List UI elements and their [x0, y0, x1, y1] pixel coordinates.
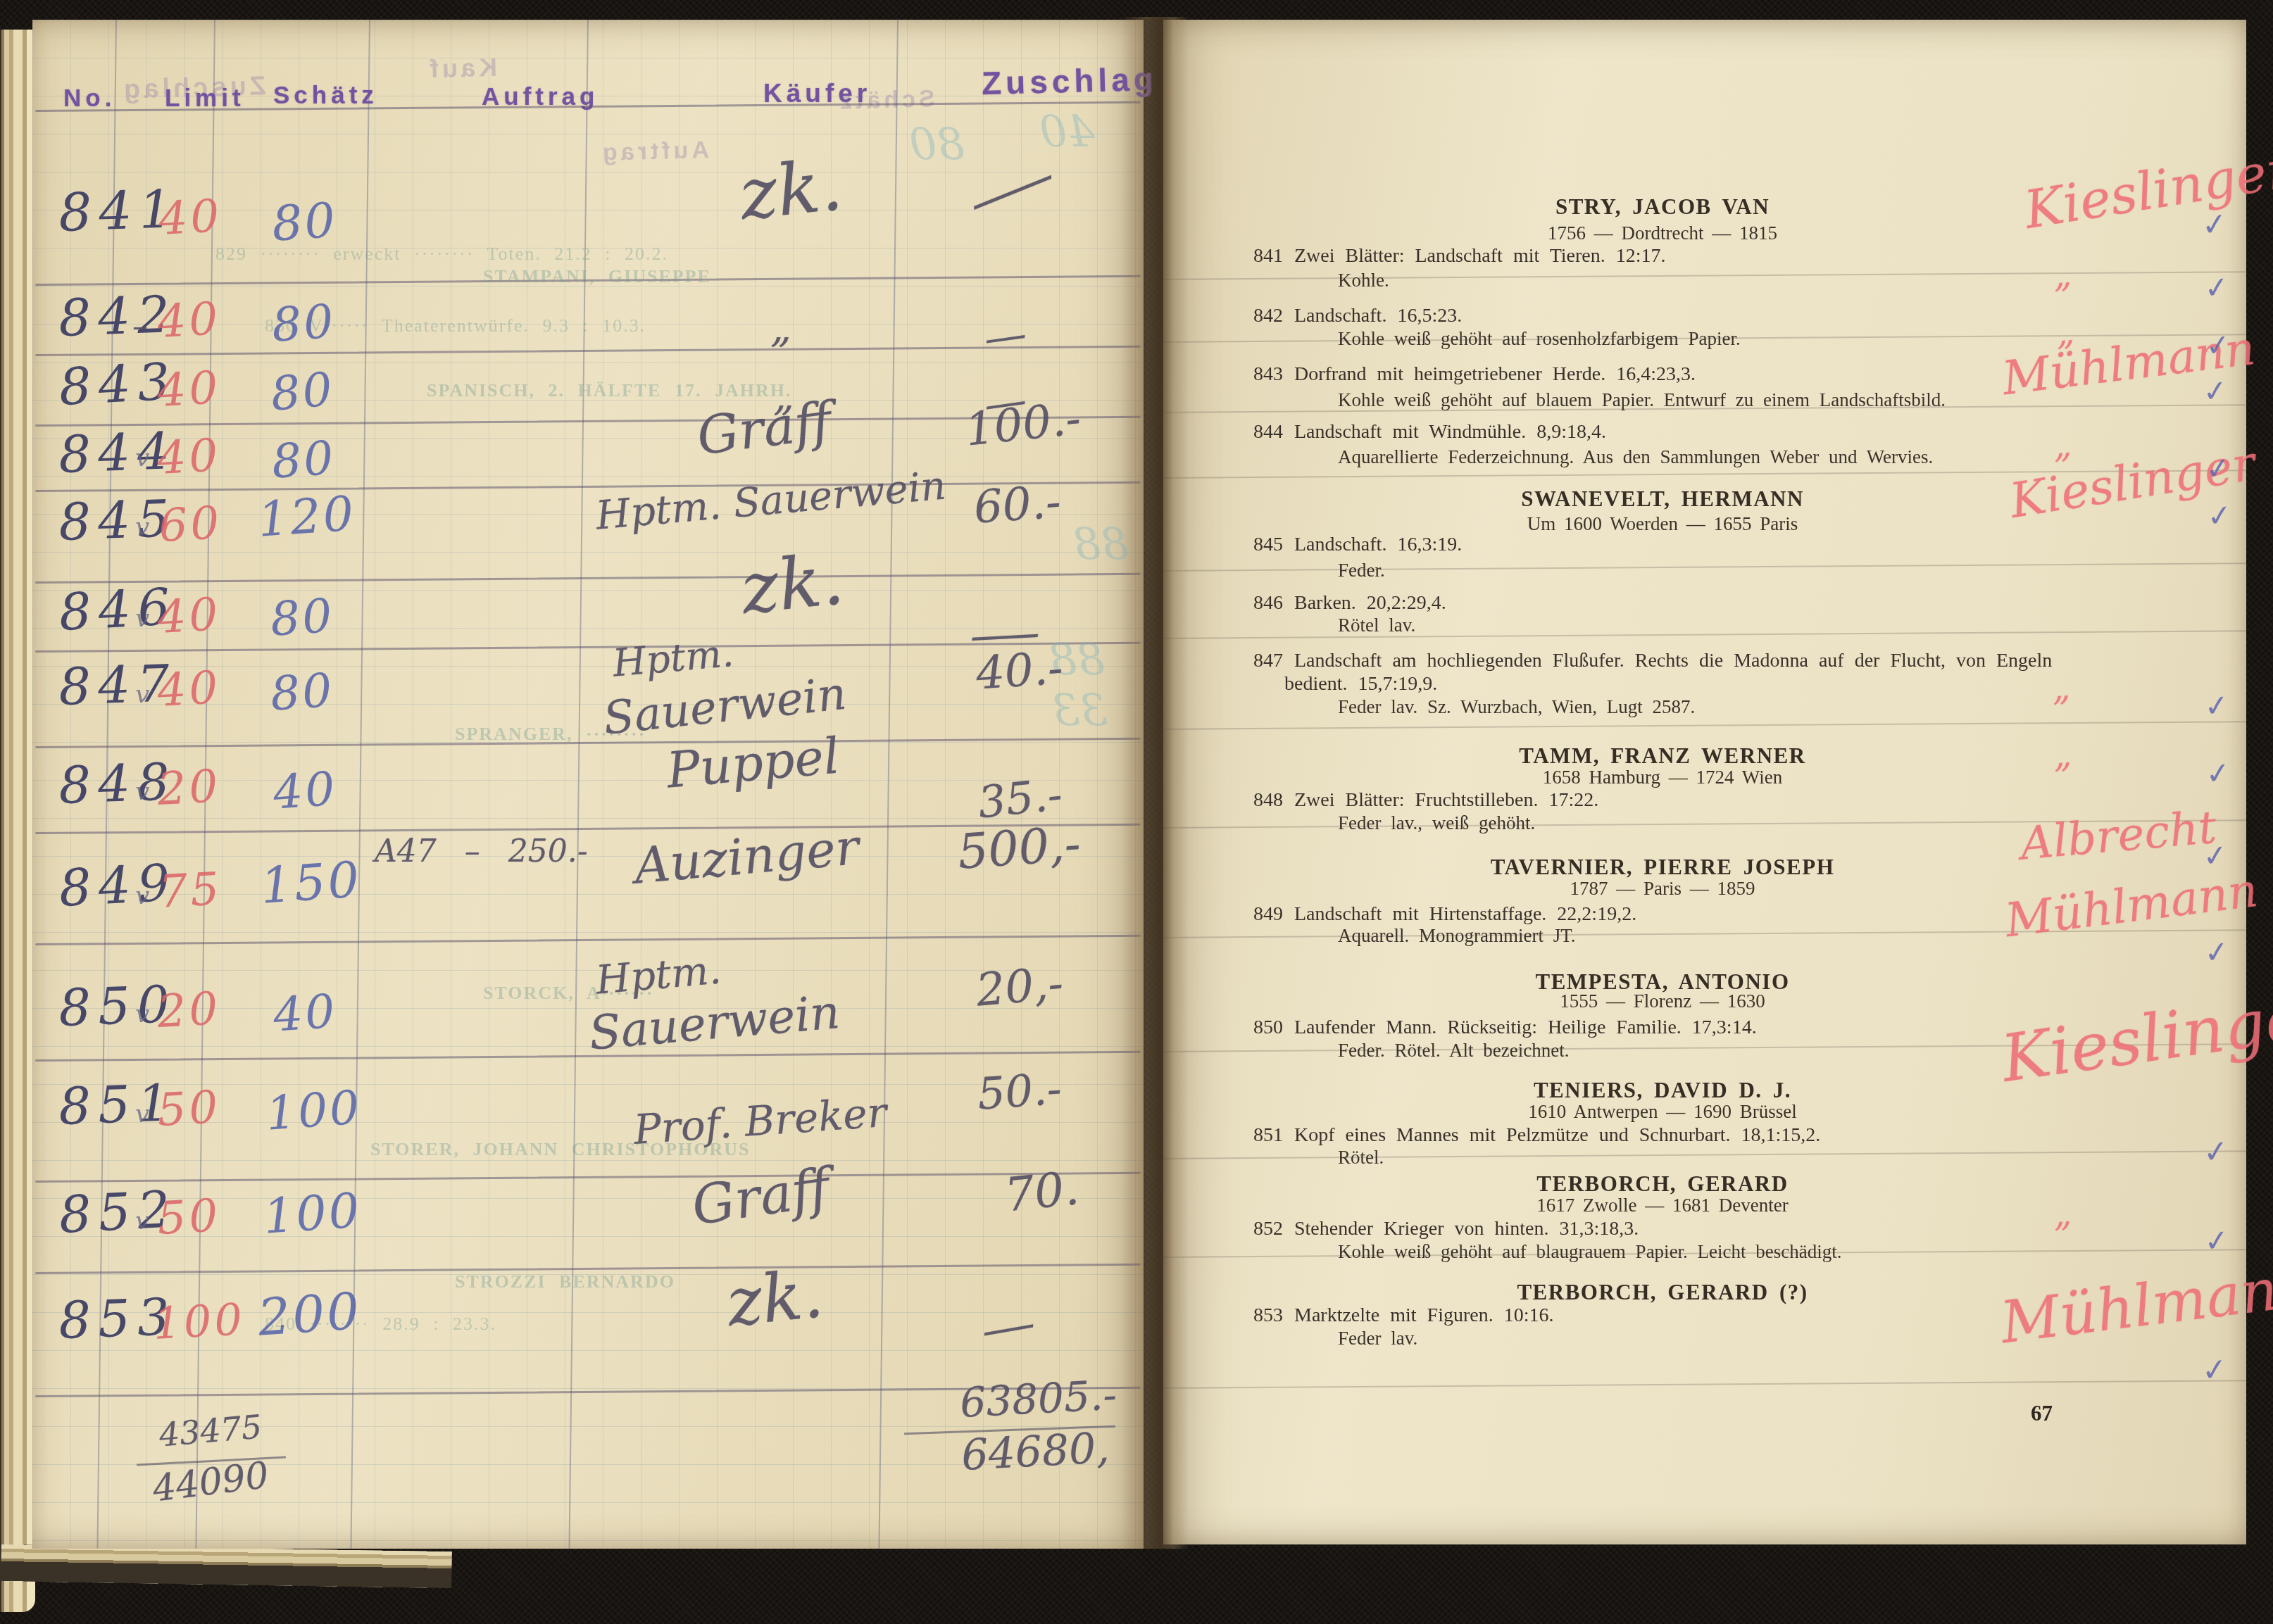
limit-value: 50 — [156, 1193, 222, 1242]
bleedthrough-text: SPANISCH, 2. HÄLFTE 17. JAHRH. — [427, 380, 791, 401]
margin-buyer-name: Mühlmann — [1998, 1257, 2273, 1352]
row-separator-faint — [1163, 630, 2246, 639]
lot-description: Zwei Blätter: Landschaft mit Tieren. 12:… — [1294, 245, 1666, 267]
hammer-price: 35.- — [976, 773, 1064, 825]
estimate-value: 80 — [269, 667, 335, 718]
margin-checkmark: ✓ — [2204, 450, 2232, 486]
limit-value: 60 — [158, 501, 223, 549]
row-separator — [35, 573, 1141, 584]
lot-description: Barken. 20,2:29,4. — [1294, 592, 1446, 614]
lot-number: 846 — [1236, 592, 1283, 615]
row-checkmark: v — [135, 777, 149, 806]
lot-technique: Feder lav., weiß gehöht. — [1338, 812, 1535, 834]
lot-entry: 847Landschaft am hochliegenden Flußufer.… — [1236, 650, 2052, 672]
book-page-edges-left — [0, 30, 35, 1612]
row-separator-faint — [1163, 562, 2246, 572]
artist-header: TENIERS, DAVID D. J. — [1208, 1078, 2117, 1103]
limit-value: 75 — [158, 867, 223, 915]
col-header-schaetz: Schätz — [273, 82, 378, 110]
hammer-price-dash: — — [982, 313, 1029, 360]
row-checkmark: v — [135, 1100, 149, 1128]
lot-description: Zwei Blätter: Fruchtstilleben. 17:22. — [1294, 789, 1598, 811]
margin-checkmark: ✓ — [2201, 372, 2229, 409]
artist-header: TAMM, FRANZ WERNER — [1208, 743, 2117, 769]
lot-description: Landschaft am hochliegenden Flußufer. Re… — [1294, 650, 2052, 672]
estimate-value: 200 — [256, 1285, 363, 1343]
lot-entry: 842Landschaft. 16,5:23. — [1236, 305, 1462, 327]
lot-entry: 844Landschaft mit Windmühle. 8,9:18,4. — [1236, 421, 1606, 443]
margin-buyer-name: Kieslinger — [2021, 143, 2273, 237]
limit-total-b: 44090 — [151, 1457, 271, 1508]
buyer-name: Puppel — [665, 731, 841, 795]
col-header-no: No. — [63, 84, 115, 113]
ghost-stamp-zuschlag: Zuschlag — [120, 71, 266, 105]
hammer-price: 100.- — [963, 396, 1083, 453]
lot-entry: 849Landschaft mit Hirtenstaffage. 22,2:1… — [1236, 903, 1636, 926]
lot-description: Dorfrand mit heimgetriebener Herde. 16,4… — [1294, 363, 1696, 385]
row-separator-faint — [1163, 721, 2246, 730]
limit-value: 40 — [156, 592, 222, 641]
limit-value: 40 — [158, 194, 223, 242]
lot-entry: 850Laufender Mann. Rückseitig: Heilige F… — [1236, 1016, 1757, 1039]
margin-ditto: „ — [2050, 669, 2071, 706]
lot-description: Landschaft mit Windmühle. 8,9:18,4. — [1294, 421, 1606, 443]
lot-entry: 851Kopf eines Mannes mit Pelzmütze und S… — [1236, 1124, 1820, 1147]
buyer-mark: zk. — [738, 544, 847, 625]
estimate-value: 80 — [269, 366, 336, 418]
lot-number: 844 — [1236, 421, 1283, 443]
estimate-value: 100 — [262, 1187, 363, 1242]
ghost-stamp-schaetz: Schätz — [837, 85, 936, 115]
lot-number: 847 — [1236, 650, 1283, 672]
artist-header: TERBORCH, GERARD (?) — [1208, 1280, 2117, 1305]
lot-number: 845 — [1236, 534, 1283, 556]
lot-number: 850 — [1236, 1016, 1283, 1039]
margin-ditto: „ — [2052, 256, 2072, 293]
bleedthrough-text: STAMPANI, GIUSEPPE — [483, 266, 711, 287]
lot-entry: 852Stehender Krieger von hinten. 31,3:18… — [1236, 1218, 1639, 1240]
buyer-name-line1: Hptm. — [594, 950, 722, 1000]
estimate-value: 80 — [270, 197, 339, 249]
artist-header: STRY, JACOB VAN — [1208, 194, 2117, 220]
lot-technique: Feder. — [1338, 560, 1385, 581]
zuschlag-total-a: 63805.- — [959, 1374, 1117, 1423]
margin-checkmark: ✓ — [2203, 269, 2231, 306]
limit-value: 20 — [156, 764, 222, 812]
lot-technique: Kohle weiß gehöht auf blaugrauem Papier.… — [1338, 1241, 1842, 1263]
margin-checkmark: ✓ — [2204, 755, 2232, 791]
margin-checkmark: ✓ — [2200, 1351, 2229, 1390]
row-checkmark: v — [135, 680, 149, 709]
book-page-edges-bottom — [1, 1544, 452, 1588]
margin-checkmark: ✓ — [2203, 687, 2231, 724]
row-separator-faint — [1163, 1380, 2246, 1389]
lot-number: 851 — [1236, 1124, 1283, 1147]
lot-number: 841 — [1236, 245, 1283, 267]
limit-value: 100 — [152, 1297, 246, 1346]
lot-technique: Kohle weiß gehöht auf blauem Papier. Ent… — [1338, 389, 1946, 411]
row-separator-faint — [1163, 1150, 2246, 1159]
lot-description: Stehender Krieger von hinten. 31,3:18,3. — [1294, 1218, 1639, 1240]
lot-technique: Feder lav. Sz. Wurzbach, Wien, Lugt 2587… — [1338, 696, 1695, 718]
buyer-name: Hptm. Sauerwein — [594, 467, 948, 536]
margin-checkmark: ✓ — [2201, 837, 2229, 874]
ghost-stamp-kauf: Kauf — [426, 53, 497, 84]
buyer-mark: zk. — [724, 1261, 826, 1337]
row-checkmark: v — [135, 604, 149, 633]
bleedthrough-text: STROZZI BERNARDO — [455, 1271, 675, 1292]
lot-technique: Aquarell. Monogrammiert JT. — [1338, 925, 1575, 947]
row-separator — [35, 935, 1141, 945]
artist-header: TERBORCH, GERARD — [1208, 1171, 2117, 1197]
lot-description: Marktzelte mit Figuren. 10:16. — [1294, 1304, 1554, 1326]
estimate-value: 150 — [259, 855, 363, 911]
book-gutter-shadow — [1121, 17, 1189, 1549]
estimate-value: 80 — [270, 298, 337, 349]
ledger-page: No. Limit Schätz Auftrag Käufer Zuschlag… — [32, 20, 1144, 1549]
lot-number: 853 — [1236, 1304, 1283, 1327]
pencil-dash: – — [132, 311, 148, 342]
bleedthrough-number: 40 — [1039, 106, 1095, 157]
buyer-name-line1: Hptm. — [611, 634, 735, 683]
row-separator — [35, 346, 1141, 356]
margin-checkmark: ✓ — [2203, 1222, 2231, 1259]
estimate-value: 120 — [256, 490, 357, 545]
margin-buyer-name: Albrecht — [2019, 805, 2218, 867]
margin-ditto: „ — [2052, 427, 2072, 463]
artist-dates: 1658 Hamburg — 1724 Wien — [1208, 767, 2117, 788]
hammer-price-dash: — — [977, 1300, 1039, 1354]
limit-value: 40 — [156, 365, 222, 414]
hammer-price: 60.- — [972, 479, 1063, 530]
hammer-price-dash: — — [960, 148, 1063, 229]
lot-technique: Aquarellierte Federzeichnung. Aus den Sa… — [1338, 446, 1933, 468]
hammer-price: 20,- — [975, 961, 1065, 1014]
lot-description-cont: bedient. 15,7:19,9. — [1284, 673, 1437, 695]
limit-value: 40 — [156, 665, 222, 714]
lot-entry: 848Zwei Blätter: Fruchtstilleben. 17:22. — [1236, 789, 1598, 812]
lot-number: 843 — [1236, 363, 1283, 386]
estimate-value: 40 — [272, 766, 338, 817]
estimate-value: 80 — [269, 593, 335, 643]
artist-header: SWANEVELT, HERMANN — [1208, 486, 2117, 512]
hammer-price: 70. — [1003, 1165, 1081, 1219]
hammer-price: 50.- — [976, 1067, 1063, 1116]
buyer-name: Graff — [694, 395, 834, 463]
row-checkmark: v — [135, 1207, 149, 1235]
artist-header: TAVERNIER, PIERRE JOSEPH — [1208, 855, 2117, 880]
artist-dates: Um 1600 Woerden — 1655 Paris — [1208, 513, 2117, 535]
margin-checkmark: ✓ — [2204, 327, 2232, 363]
estimate-value: 100 — [265, 1085, 363, 1138]
limit-value: 20 — [156, 986, 222, 1035]
lot-entry: 853Marktzelte mit Figuren. 10:16. — [1236, 1304, 1554, 1327]
lot-number: 842 — [1236, 305, 1283, 327]
ghost-stamp-auftrag: Auftrag — [599, 137, 710, 167]
artist-dates: 1756 — Dordtrecht — 1815 — [1208, 222, 2117, 244]
limit-total-a: 43475 — [158, 1410, 263, 1452]
buyer-name: Prof. Breker — [632, 1092, 888, 1150]
lot-technique: Feder lav. — [1338, 1328, 1417, 1349]
hammer-price: 40.- — [975, 646, 1065, 696]
scanned-book-spread: No. Limit Schätz Auftrag Käufer Zuschlag… — [0, 0, 2273, 1624]
lot-technique: Rötel. — [1338, 1147, 1384, 1169]
lot-technique: Rötel lav. — [1338, 615, 1415, 636]
zuschlag-total-b: 64680, — [960, 1427, 1110, 1477]
limit-value: 50 — [156, 1085, 222, 1133]
lot-number: 848 — [1236, 789, 1283, 812]
buyer-ditto: „ — [770, 307, 791, 348]
limit-value: 40 — [156, 433, 222, 481]
page-number: 67 — [2031, 1401, 2053, 1426]
order-note: A47 – 250.- — [375, 836, 588, 867]
lot-technique: Feder. Rötel. Alt bezeichnet. — [1338, 1040, 1569, 1062]
limit-value: 40 — [156, 296, 222, 345]
catalog-page: STRY, JACOB VAN 1756 — Dordtrecht — 1815… — [1163, 20, 2246, 1544]
lot-description: Landschaft. 16,3:19. — [1294, 534, 1462, 555]
margin-ditto: „ — [2052, 1195, 2072, 1232]
buyer-name: Graff — [689, 1161, 833, 1233]
lot-entry: 843Dorfrand mit heimgetriebener Herde. 1… — [1236, 363, 1696, 386]
estimate-value: 80 — [270, 435, 337, 486]
row-checkmark: v — [135, 1000, 149, 1028]
artist-dates: 1617 Zwolle — 1681 Deventer — [1208, 1195, 2117, 1216]
margin-checkmark: ✓ — [2203, 933, 2231, 970]
margin-checkmark: ✓ — [2201, 1133, 2231, 1171]
buyer-mark: zk. — [737, 150, 846, 231]
row-checkmark: v — [135, 881, 149, 910]
lot-technique: Kohle. — [1338, 270, 1389, 291]
lot-description: Kopf eines Mannes mit Pelzmütze und Schn… — [1294, 1124, 1820, 1146]
lot-technique: Kohle weiß gehöht auf rosenholzfarbigem … — [1338, 328, 1741, 350]
lot-entry: 845Landschaft. 16,3:19. — [1236, 534, 1462, 556]
column-rule — [878, 20, 898, 1549]
buyer-name: Auzinger — [632, 822, 861, 891]
artist-dates: 1555 — Florenz — 1630 — [1208, 990, 2117, 1012]
artist-dates: 1787 — Paris — 1859 — [1208, 878, 2117, 900]
row-separator-faint — [1163, 271, 2246, 280]
lot-description: Landschaft. 16,5:23. — [1294, 305, 1462, 327]
row-checkmark: v — [135, 512, 149, 541]
lot-entry: 846Barken. 20,2:29,4. — [1236, 592, 1446, 615]
row-checkmark: v — [135, 443, 149, 472]
estimate-value: 40 — [272, 988, 338, 1039]
artist-dates: 1610 Antwerpen — 1690 Brüssel — [1208, 1101, 2117, 1123]
lot-description: Landschaft mit Hirtenstaffage. 22,2:19,2… — [1294, 903, 1636, 925]
margin-checkmark: ✓ — [2200, 206, 2229, 244]
bleedthrough-number: 80 — [909, 118, 965, 170]
lot-entry: 841Zwei Blätter: Landschaft mit Tieren. … — [1236, 245, 1666, 267]
lot-number: 849 — [1236, 903, 1283, 926]
lot-number: 852 — [1236, 1218, 1283, 1240]
lot-description: Laufender Mann. Rückseitig: Heilige Fami… — [1294, 1016, 1757, 1038]
hammer-price: 500,- — [956, 821, 1082, 877]
margin-checkmark: ✓ — [2205, 497, 2234, 534]
margin-ditto: „ — [2052, 736, 2072, 773]
